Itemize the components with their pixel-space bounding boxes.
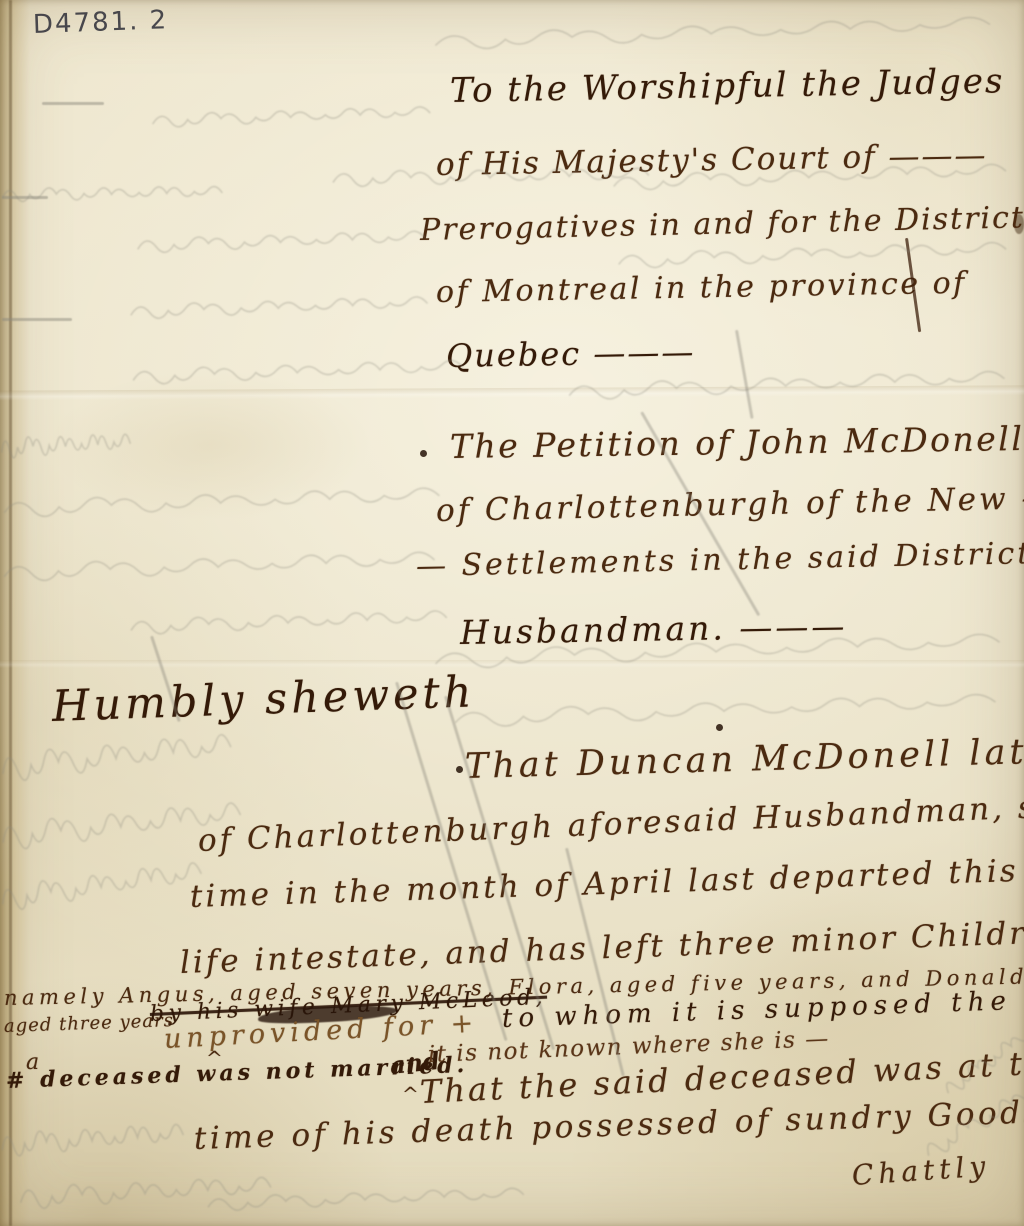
body-line-1: That Duncan McDonell late	[465, 735, 1024, 785]
body-line-2: of Charlottenburgh aforesaid Husbandman,…	[197, 789, 1024, 857]
insertion-caret-2: ^	[402, 1084, 419, 1104]
archival-reference: D4781. 2	[32, 5, 168, 40]
salutation: Humbly sheweth	[51, 671, 476, 729]
bleed-through-ink	[0, 178, 230, 208]
bleed-through-ink	[129, 350, 475, 392]
bleed-through-ink	[0, 476, 455, 526]
bleed-through-ink	[127, 600, 458, 641]
address-line-4: of Montreal in the province of	[436, 269, 967, 308]
interlined-aged-start: aged three years	[4, 1012, 175, 1036]
closing-line-2: time of his death possessed of sundry Go…	[194, 1096, 1024, 1155]
bleed-through-ink	[449, 682, 1015, 736]
ink-dot	[456, 766, 463, 773]
petition-line-2: of Charlottenburgh of the New —	[436, 483, 1024, 527]
catchword: Chattly	[851, 1152, 991, 1190]
bleed-through-ink	[0, 540, 450, 590]
bleed-through-ink	[150, 98, 441, 134]
manuscript-page: D4781. 2 To the Worshipful the Judges of…	[0, 0, 1024, 1226]
bleed-through-ink	[135, 222, 436, 260]
bleed-through-ink	[0, 715, 242, 796]
bleed-through-ink	[128, 287, 439, 326]
address-line-1: To the Worshipful the Judges	[450, 64, 1005, 108]
body-line-3: time in the month of April last departed…	[190, 856, 1020, 913]
bleed-through-ink	[429, 6, 1010, 58]
bleed-through-dash	[2, 318, 72, 321]
bleed-through-ink	[0, 421, 136, 468]
petition-line-1: The Petition of John McDonell	[450, 422, 1024, 463]
bleed-through-ink	[0, 1109, 191, 1168]
address-line-5: Quebec ———	[446, 336, 696, 372]
ink-dot	[420, 450, 427, 457]
bleed-through-dash	[42, 102, 104, 105]
